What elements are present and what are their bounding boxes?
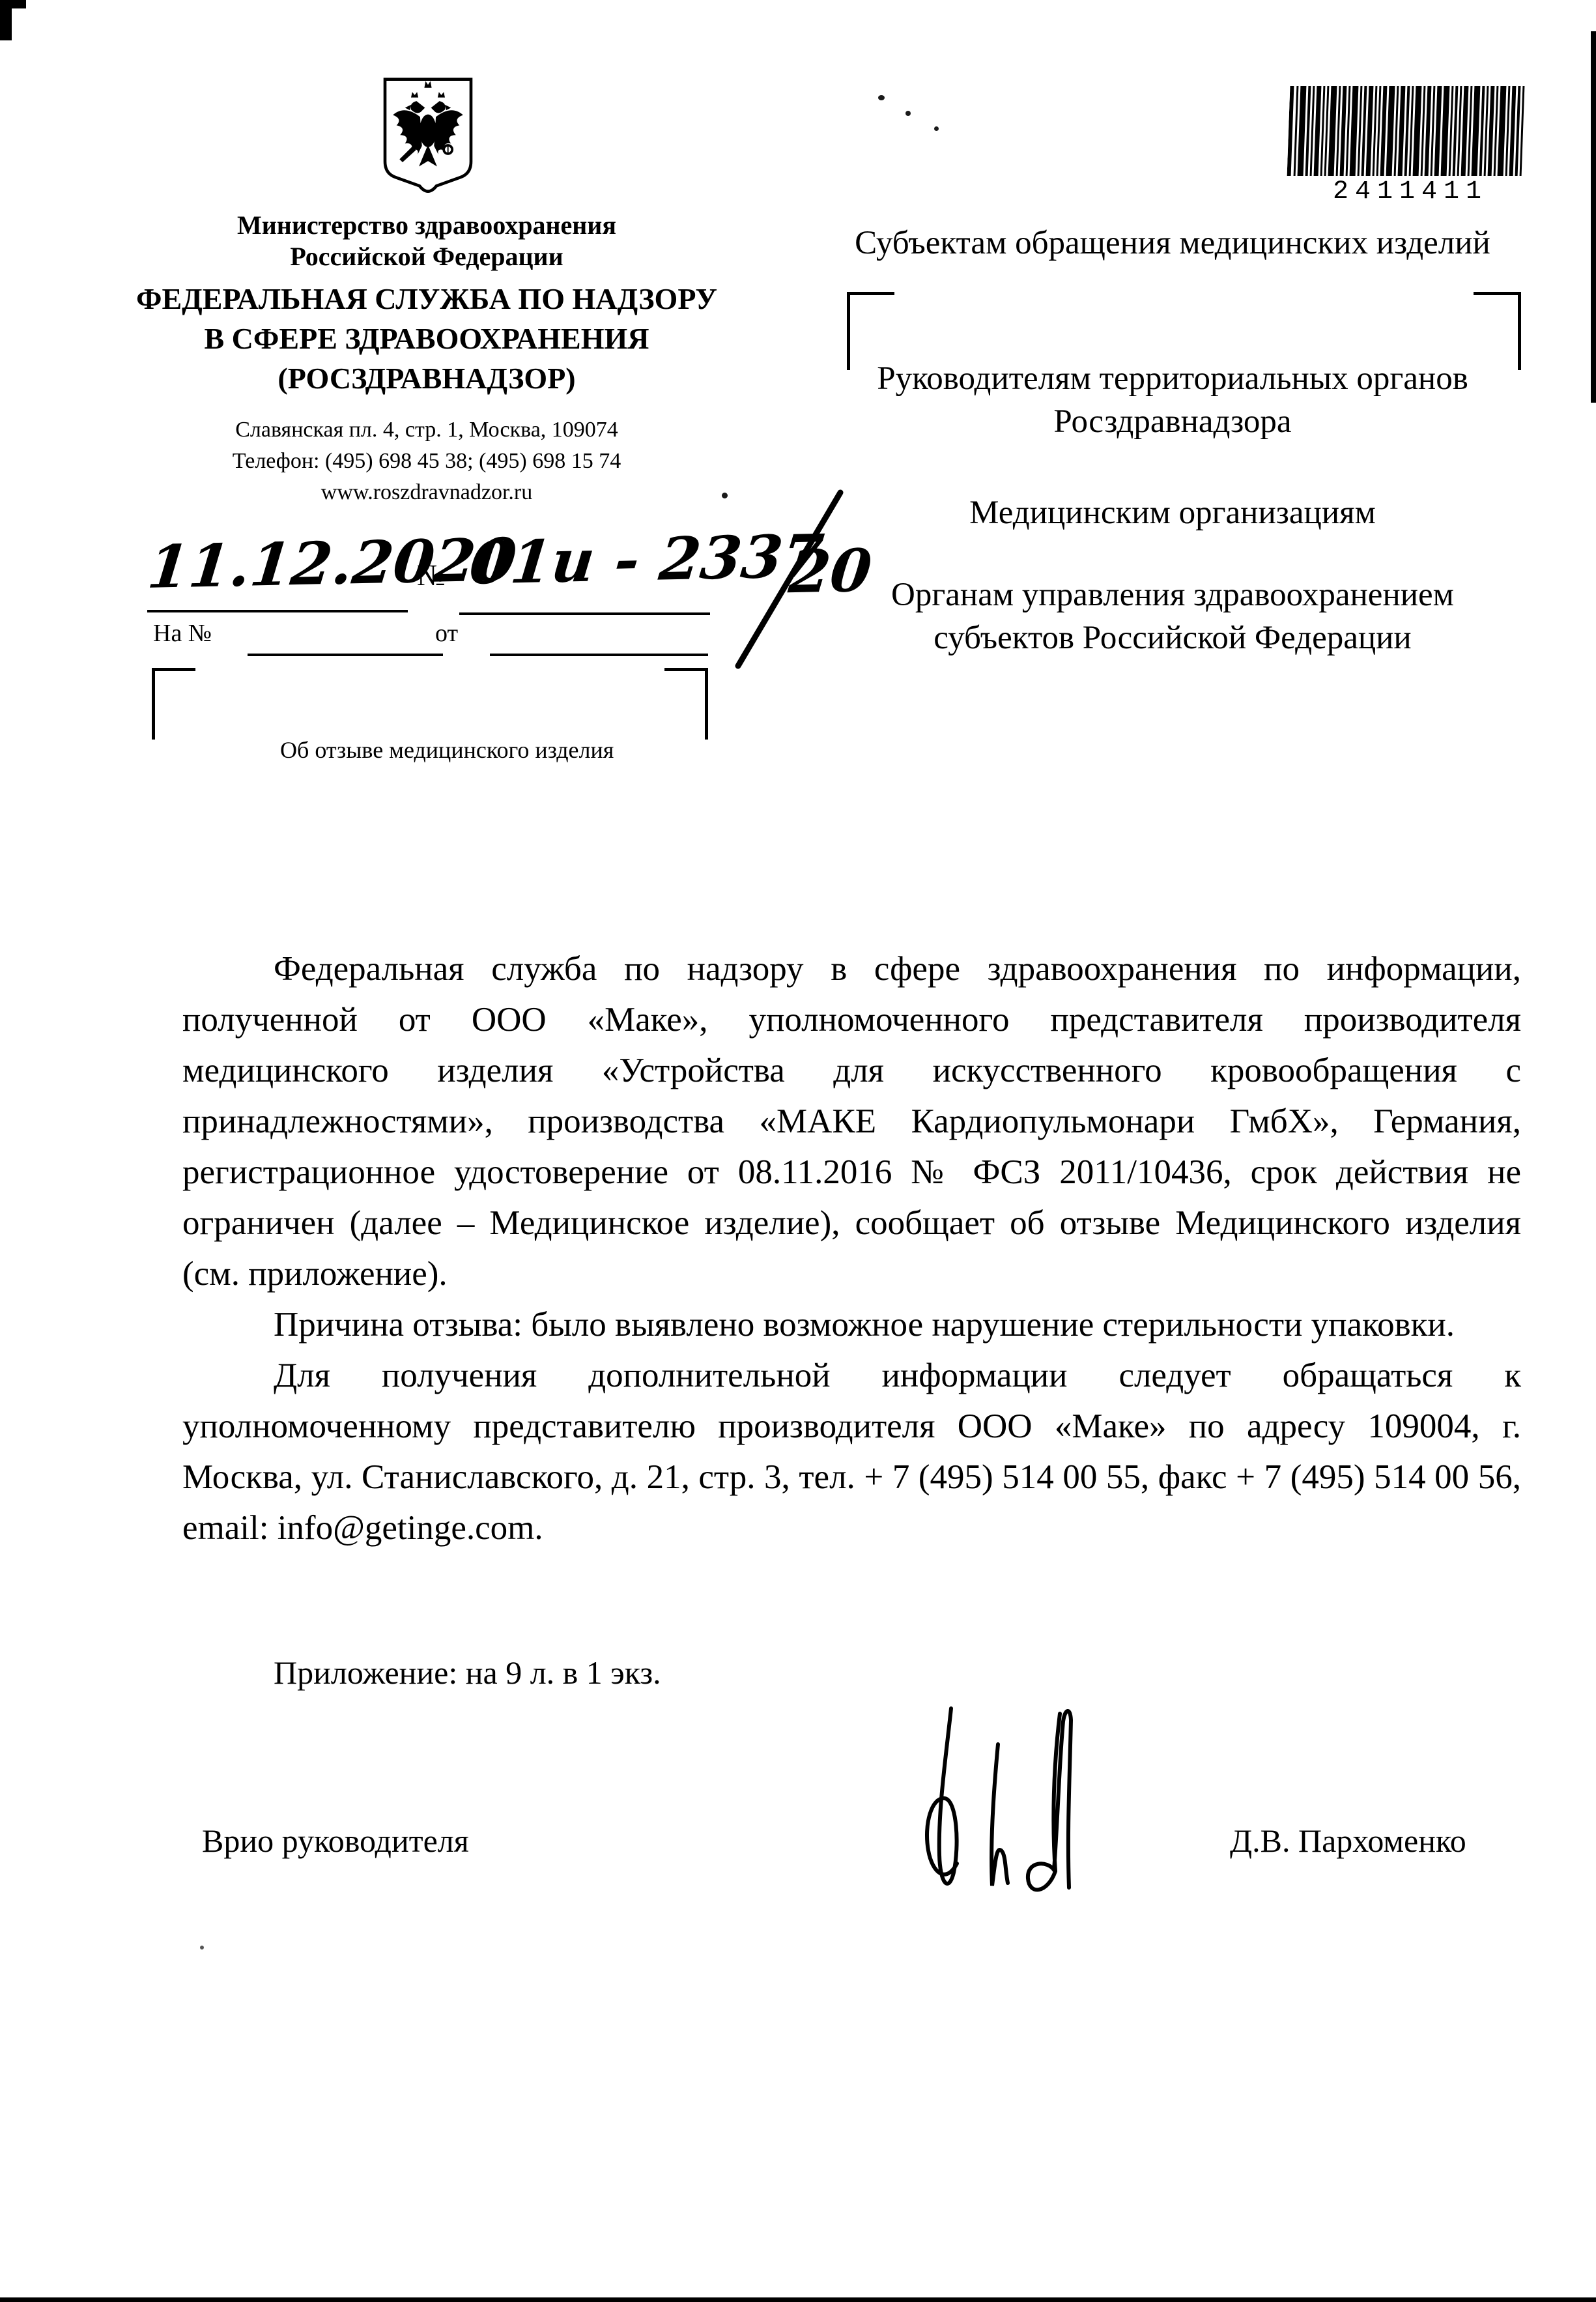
- body-paragraph-3: Для получения дополнительной информации …: [182, 1350, 1521, 1553]
- addressee-subjects: Субъектам обращения медицинских изделий: [834, 222, 1511, 265]
- ministry-line2: Российской Федерации: [134, 241, 720, 272]
- letterhead-contact: Славянская пл. 4, стр. 1, Москва, 109074…: [134, 414, 720, 508]
- letter-body: Федеральная служба по надзору в сфере зд…: [182, 943, 1521, 1553]
- scan-speck: [200, 1946, 204, 1950]
- signature-scrawl: [894, 1695, 1115, 1910]
- signer-position: Врио руководителя: [202, 1822, 469, 1860]
- handwritten-date: 11.12.2020: [145, 525, 520, 602]
- barcode: [1287, 86, 1526, 176]
- org-website: www.roszdravnadzor.ru: [134, 477, 720, 508]
- reply-date-label: от: [435, 619, 458, 648]
- ministry-line1: Министерство здравоохранения: [134, 210, 720, 241]
- corner-mark-left-open: [152, 668, 195, 740]
- barcode-number: 2411411: [1309, 177, 1511, 207]
- subject-line: Об отзыве медицинского изделия: [280, 736, 614, 764]
- corner-mark-left-close: [664, 668, 708, 740]
- service-line1: ФЕДЕРАЛЬНАЯ СЛУЖБА ПО НАДЗОРУ: [114, 279, 739, 319]
- letterhead-service: ФЕДЕРАЛЬНАЯ СЛУЖБА ПО НАДЗОРУ В СФЕРЕ ЗД…: [114, 279, 739, 398]
- scan-speck: [905, 111, 911, 116]
- scan-speck: [722, 493, 728, 498]
- number-underline: [459, 612, 710, 615]
- russia-coat-of-arms-icon: [377, 73, 479, 201]
- reply-number-blank: [248, 654, 443, 656]
- scan-edge-artifact-right: [1591, 31, 1596, 403]
- org-phone: Телефон: (495) 698 45 38; (495) 698 15 7…: [134, 446, 720, 477]
- scan-speck: [934, 126, 939, 131]
- body-paragraph-2: Причина отзыва: было выявлено возможное …: [182, 1299, 1521, 1350]
- scan-edge-artifact-top-left: [0, 0, 26, 8]
- signer-name: Д.В. Пархоменко: [1230, 1822, 1466, 1860]
- service-line3: (РОСЗДРАВНАДЗОР): [114, 358, 739, 398]
- addressee-health-authorities: Органам управления здравоохранением субъ…: [834, 573, 1511, 659]
- service-line2: В СФЕРЕ ЗДРАВООХРАНЕНИЯ: [114, 319, 739, 358]
- addressee-territorial-bodies: Руководителям территориальных органов Ро…: [834, 357, 1511, 443]
- body-paragraph-1: Федеральная служба по надзору в сфере зд…: [182, 943, 1521, 1299]
- addressee-medical-organizations: Медицинским организациям: [834, 491, 1511, 534]
- org-address: Славянская пл. 4, стр. 1, Москва, 109074: [134, 414, 720, 446]
- number-sign: №: [417, 558, 446, 592]
- scan-edge-artifact-bottom: [0, 2297, 1596, 2302]
- scanned-letter-page: { "barcode": { "number": "2411411" }, "l…: [0, 0, 1596, 2302]
- attachment-note: Приложение: на 9 л. в 1 экз.: [274, 1654, 661, 1691]
- letterhead-ministry: Министерство здравоохранения Российской …: [134, 210, 720, 272]
- reply-number-label: На №: [153, 619, 212, 648]
- scan-speck: [878, 95, 885, 100]
- date-underline: [147, 610, 408, 612]
- reply-date-blank: [490, 654, 708, 656]
